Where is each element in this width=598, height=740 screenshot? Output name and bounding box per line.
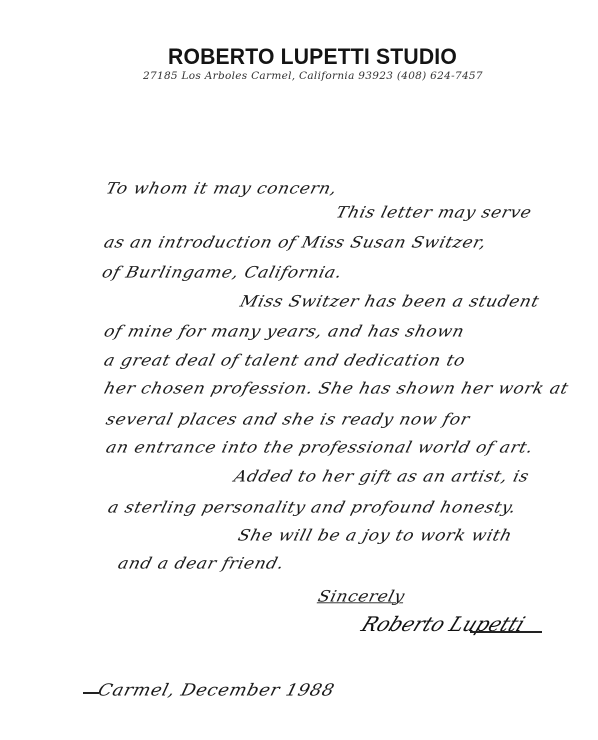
place-date: Carmel, December 1988 xyxy=(96,681,337,700)
closing: Sincerely xyxy=(316,588,407,606)
letter-line: of mine for many years, and has shown xyxy=(102,323,466,341)
letter-line: an entrance into the professional world … xyxy=(104,439,535,457)
signature-flourish xyxy=(470,631,542,633)
letter-line: Added to her gift as an artist, is xyxy=(232,468,531,486)
letter-line: Miss Switzer has been a student xyxy=(238,293,541,311)
letter-line: her chosen profession. She has shown her… xyxy=(102,380,570,398)
letter-line: a great deal of talent and dedication to xyxy=(102,352,467,370)
letter-line: This letter may serve xyxy=(334,204,534,222)
letter-line: and a dear friend. xyxy=(116,555,286,573)
letter-line: as an introduction of Miss Susan Switzer… xyxy=(102,234,488,252)
letter-line: She will be a joy to work with xyxy=(236,527,514,545)
letter-line: of Burlingame, California. xyxy=(100,264,344,282)
studio-name: ROBERTO LUPETTI STUDIO xyxy=(168,44,457,70)
studio-address: 27185 Los Arboles Carmel, California 939… xyxy=(143,70,483,82)
letter-line: several places and she is ready now for xyxy=(104,411,472,429)
letter-line: a sterling personality and profound hone… xyxy=(106,499,518,517)
salutation: To whom it may concern, xyxy=(104,180,339,198)
